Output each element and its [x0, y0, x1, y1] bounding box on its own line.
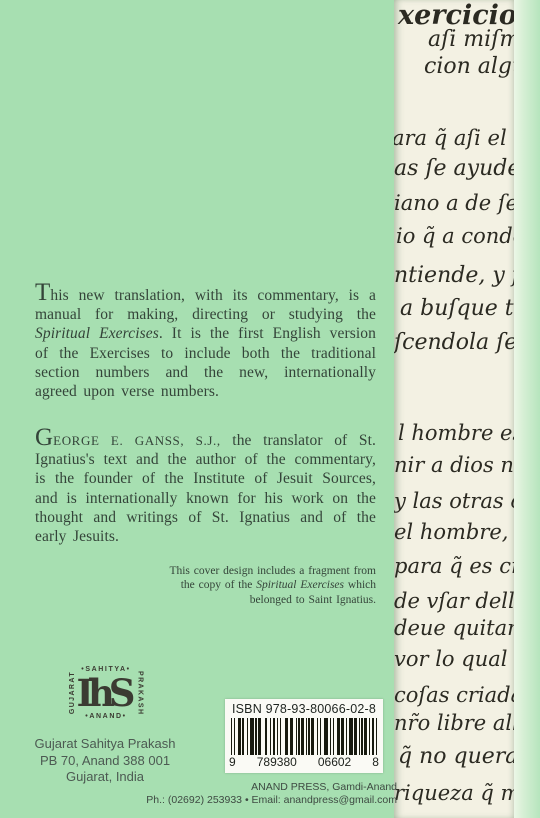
author-text-rest: the translator of St. Ignatius's text an…	[35, 432, 376, 545]
logo-left-label: GUJARAT	[69, 671, 77, 714]
ihs-monogram-icon: IhS	[77, 676, 136, 710]
isbn-label: ISBN 978-93-80066-02-8	[232, 702, 376, 716]
manuscript-line: aſi miſme	[428, 27, 514, 52]
book-back-cover: xerciciosaſi miſmecion alguara q̃ aſi el…	[0, 0, 540, 818]
isbn-digit-group: 8	[372, 755, 379, 769]
page-edge-band	[514, 0, 540, 818]
manuscript-line: coſas criadas	[394, 683, 514, 707]
address-line: PB 70, Anand 388 001	[15, 753, 195, 770]
manuscript-strip: xerciciosaſi miſmecion alguara q̃ aſi el…	[394, 0, 514, 818]
manuscript-line: ara q̃ aſi el q̃u	[394, 126, 514, 150]
manuscript-line: a buſque tod	[400, 296, 514, 321]
barcode	[231, 718, 377, 755]
manuscript-line: nir a dios nr̃o	[394, 453, 514, 477]
printer-info: ANAND PRESS, Gamdi-Anand Ph.: (02692) 25…	[127, 781, 397, 806]
manuscript-line: deue quitar	[394, 616, 514, 640]
printer-contact: Ph.: (02692) 253933 • Email: anandpress@…	[127, 794, 397, 807]
isbn-digit-group: 789380	[257, 755, 297, 769]
isbn-digits: 9 789380 06602 8	[229, 755, 379, 769]
author-name-smallcaps: EORGE E. GANSS, S.J.,	[53, 433, 221, 448]
dropcap-letter: G	[35, 424, 53, 451]
manuscript-line: l hombre es c	[398, 421, 514, 445]
publisher-logo: •SAHITYA• GUJARAT IhS PRAKASH •ANAND•	[72, 666, 140, 728]
manuscript-line: vor lo qual es	[394, 647, 514, 671]
manuscript-line: el hombre, y	[394, 520, 514, 544]
manuscript-line: q̃ no queran	[398, 744, 514, 769]
author-paragraph: GEORGE E. GANSS, S.J., the translator of…	[35, 431, 376, 546]
cover-note-italic: Spiritual Exercises	[256, 579, 344, 591]
blurb-text-italic: Spiritual Exercises	[35, 325, 159, 342]
manuscript-line: nr̃o libre alb	[394, 711, 514, 735]
manuscript-line: riqueza q̃ m	[394, 781, 514, 805]
dropcap-letter: T	[35, 279, 50, 306]
printer-name: ANAND PRESS, Gamdi-Anand	[127, 781, 397, 794]
isbn-box: ISBN 978-93-80066-02-8 9 789380 06602 8	[225, 699, 383, 773]
blurb-text-lead: his new translation, with its commentary…	[35, 287, 376, 323]
manuscript-line: as ſe ayuden y	[394, 156, 514, 181]
barcode-bar	[376, 718, 377, 755]
manuscript-line: de vſar della	[394, 589, 514, 613]
publisher-address: Gujarat Sahitya Prakash PB 70, Anand 388…	[15, 736, 195, 786]
blurb-paragraph: This new translation, with its commentar…	[35, 286, 376, 401]
isbn-digit-group: 06602	[318, 755, 351, 769]
manuscript-line: para q̃ es cria	[394, 554, 514, 578]
manuscript-line: cion algu	[424, 54, 514, 79]
manuscript-line: io q̃ a condenar	[396, 224, 514, 248]
manuscript-line: ſcendola ſe ſa	[394, 330, 514, 355]
manuscript-line: y las otras co	[394, 489, 514, 513]
logo-right-label: PRAKASH	[135, 671, 143, 715]
isbn-digit-group: 9	[229, 755, 236, 769]
manuscript-line: ntiende, y ſii	[394, 263, 514, 288]
cover-note: This cover design includes a fragment fr…	[158, 564, 376, 608]
address-line: Gujarat Sahitya Prakash	[15, 736, 195, 753]
manuscript-line: iano a de ſer n	[394, 191, 514, 215]
